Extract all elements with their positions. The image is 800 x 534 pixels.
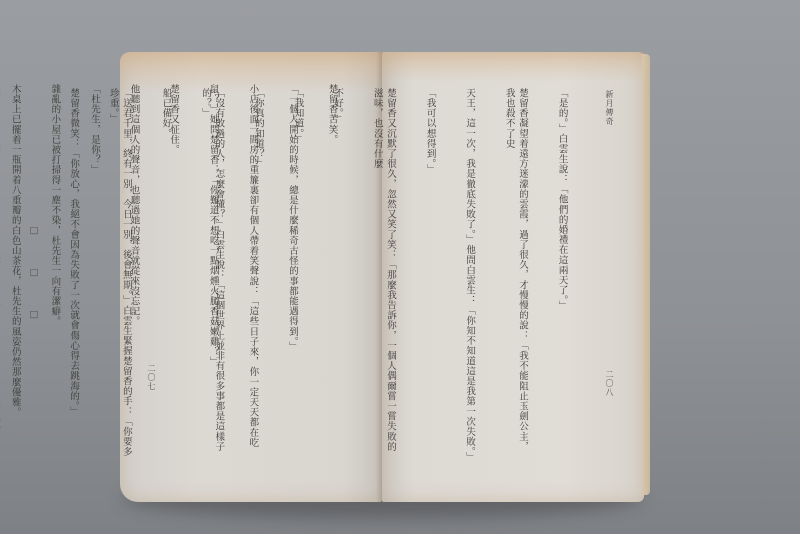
right-page-text: 「是的。」白雲生說：「他們的婚禮在這兩天了。」 楚留香凝望着遠方迷濛的雲霞，過了… bbox=[390, 88, 595, 458]
text-column: 楚留香凝望着遠方迷濛的雲霞，過了很久，才慢慢的說：「我不能阻止玉劍公主，我也殺不… bbox=[503, 88, 529, 458]
text-column: 「我可以想得到。」 bbox=[423, 88, 436, 458]
section-separator: □ □ □ bbox=[27, 88, 40, 458]
text-column: 楚留香微笑：「你放心，我絕不會因為失敗了一次就會傷心得去跳海的。」 bbox=[67, 88, 80, 458]
text-column: 不好。」 bbox=[331, 88, 344, 458]
open-book: 楚留香苦笑。 「一個人開始的時候，總是什麼稀奇古怪的事都能遇得到。」 小店後面一… bbox=[120, 52, 660, 502]
text-column: 「是的。」白雲生說：「他們的婚禮在這兩天了。」 bbox=[555, 88, 568, 458]
text-column: 海船靠岸的地方，本來也是個貧窮的漁村，可是今日這裏到處都是上午時光熱鬧得多，村子… bbox=[0, 88, 1, 458]
text-column: 「我知道。」 bbox=[291, 88, 304, 458]
right-page: 新月傳奇 「是的。」白雲生說：「他們的婚禮在這兩天了。」 楚留香凝望着遠方迷濛的… bbox=[382, 52, 644, 502]
running-head: 新月傳奇 bbox=[604, 90, 615, 126]
text-column: 「你真的知道？」 bbox=[252, 88, 265, 458]
right-page-number: 二〇八 bbox=[604, 370, 615, 397]
text-column: 「送君千里，終有一別，今日一別，後會無期。」白雲生緊握楚留香的手：「你要多珍重。… bbox=[106, 88, 132, 458]
text-column: 天王，這一次，我是徹底失敗了。」他問白雲生：「你知不知道這是我第一次失敗。」 bbox=[463, 88, 476, 458]
text-column: 船已備好。 bbox=[159, 88, 172, 458]
text-column: 「沒有敗過的人，怎麼會懂？」白雲生說：「這個世界上並非有很多事都是這樣子的？」 bbox=[199, 88, 225, 458]
text-column: 楚留香又沉默了很久，忽然又笑了笑：「那麼我告訴你，一個人偶爾嘗一嘗失敗的滋味，也… bbox=[371, 88, 397, 458]
